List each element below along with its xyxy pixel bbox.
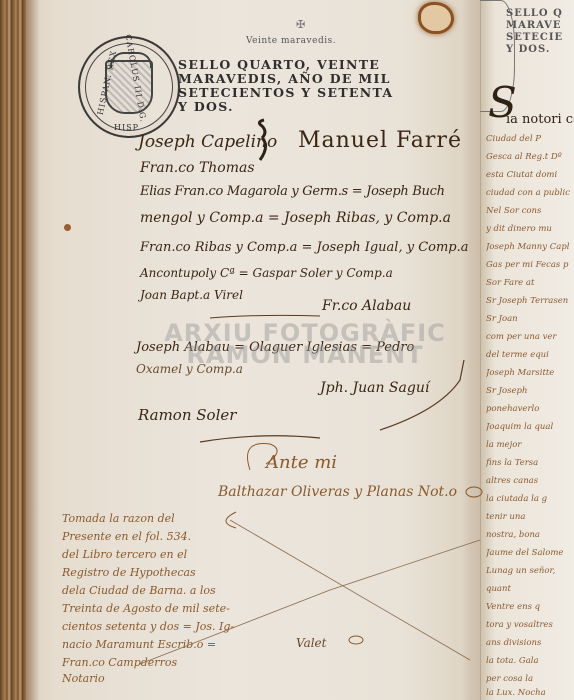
facing-line: fins la Tersa — [486, 458, 574, 468]
facing-line: nostra, bona — [486, 530, 574, 540]
facing-line: del terme equi — [486, 350, 574, 360]
facing-line: Ciudad del P — [486, 134, 574, 144]
facing-line: Joseph Marsitte — [486, 368, 574, 378]
facing-line: Sr Joseph — [486, 386, 574, 396]
facing-line: Joseph Manny Capl — [486, 242, 574, 252]
facing-line: la Lux. Nocha — [486, 688, 574, 698]
facing-line: Ventre ens q — [486, 602, 574, 612]
facing-stamp-line: Y DOS. — [506, 44, 563, 56]
facing-line: tenir una — [486, 512, 574, 522]
facing-line: Nel Sor cons — [486, 206, 574, 216]
facing-line: Joaquim la qual — [486, 422, 574, 432]
facing-line: Gas per mi Fecas p — [486, 260, 574, 270]
facing-line: esta Ciutat domi — [486, 170, 574, 180]
facing-line: Jaume del Salome — [486, 548, 574, 558]
facing-stamp-line: SETECIE — [506, 32, 563, 44]
facing-line: la mejor — [486, 440, 574, 450]
facing-line: ans divisions — [486, 638, 574, 648]
facing-stamp-line: SELLO Q — [506, 8, 563, 20]
facing-line: Lunag un señor, — [486, 566, 574, 576]
facing-line: la ciutada la g — [486, 494, 574, 504]
facing-line: ciudad con a public — [486, 188, 574, 198]
document-scan: ✠ CAROLUS III D.G. HISPAN. REX HISP Vein… — [0, 0, 574, 700]
facing-line: Gesca al Reg.t Dº — [486, 152, 574, 162]
facing-line: ponehaverlo — [486, 404, 574, 414]
facing-line: quant — [486, 584, 574, 594]
facing-line: Sr Joseph Terrasen — [486, 296, 574, 306]
facing-line: ia notori com — [506, 112, 574, 127]
facing-line: com per una ver — [486, 332, 574, 342]
facing-line: Sr Joan — [486, 314, 574, 324]
facing-line: Sor Fare at — [486, 278, 574, 288]
facing-line: altres canas — [486, 476, 574, 486]
facing-stamp-line: MARAVE — [506, 20, 563, 32]
facing-line: per cosa la — [486, 674, 574, 684]
facing-page-stamp: SELLO Q MARAVE SETECIE Y DOS. — [506, 8, 563, 56]
facing-line: la tota. Gala — [486, 656, 574, 666]
facing-line: tora y vosaltres — [486, 620, 574, 630]
facing-line: y dit dinero mu — [486, 224, 574, 234]
